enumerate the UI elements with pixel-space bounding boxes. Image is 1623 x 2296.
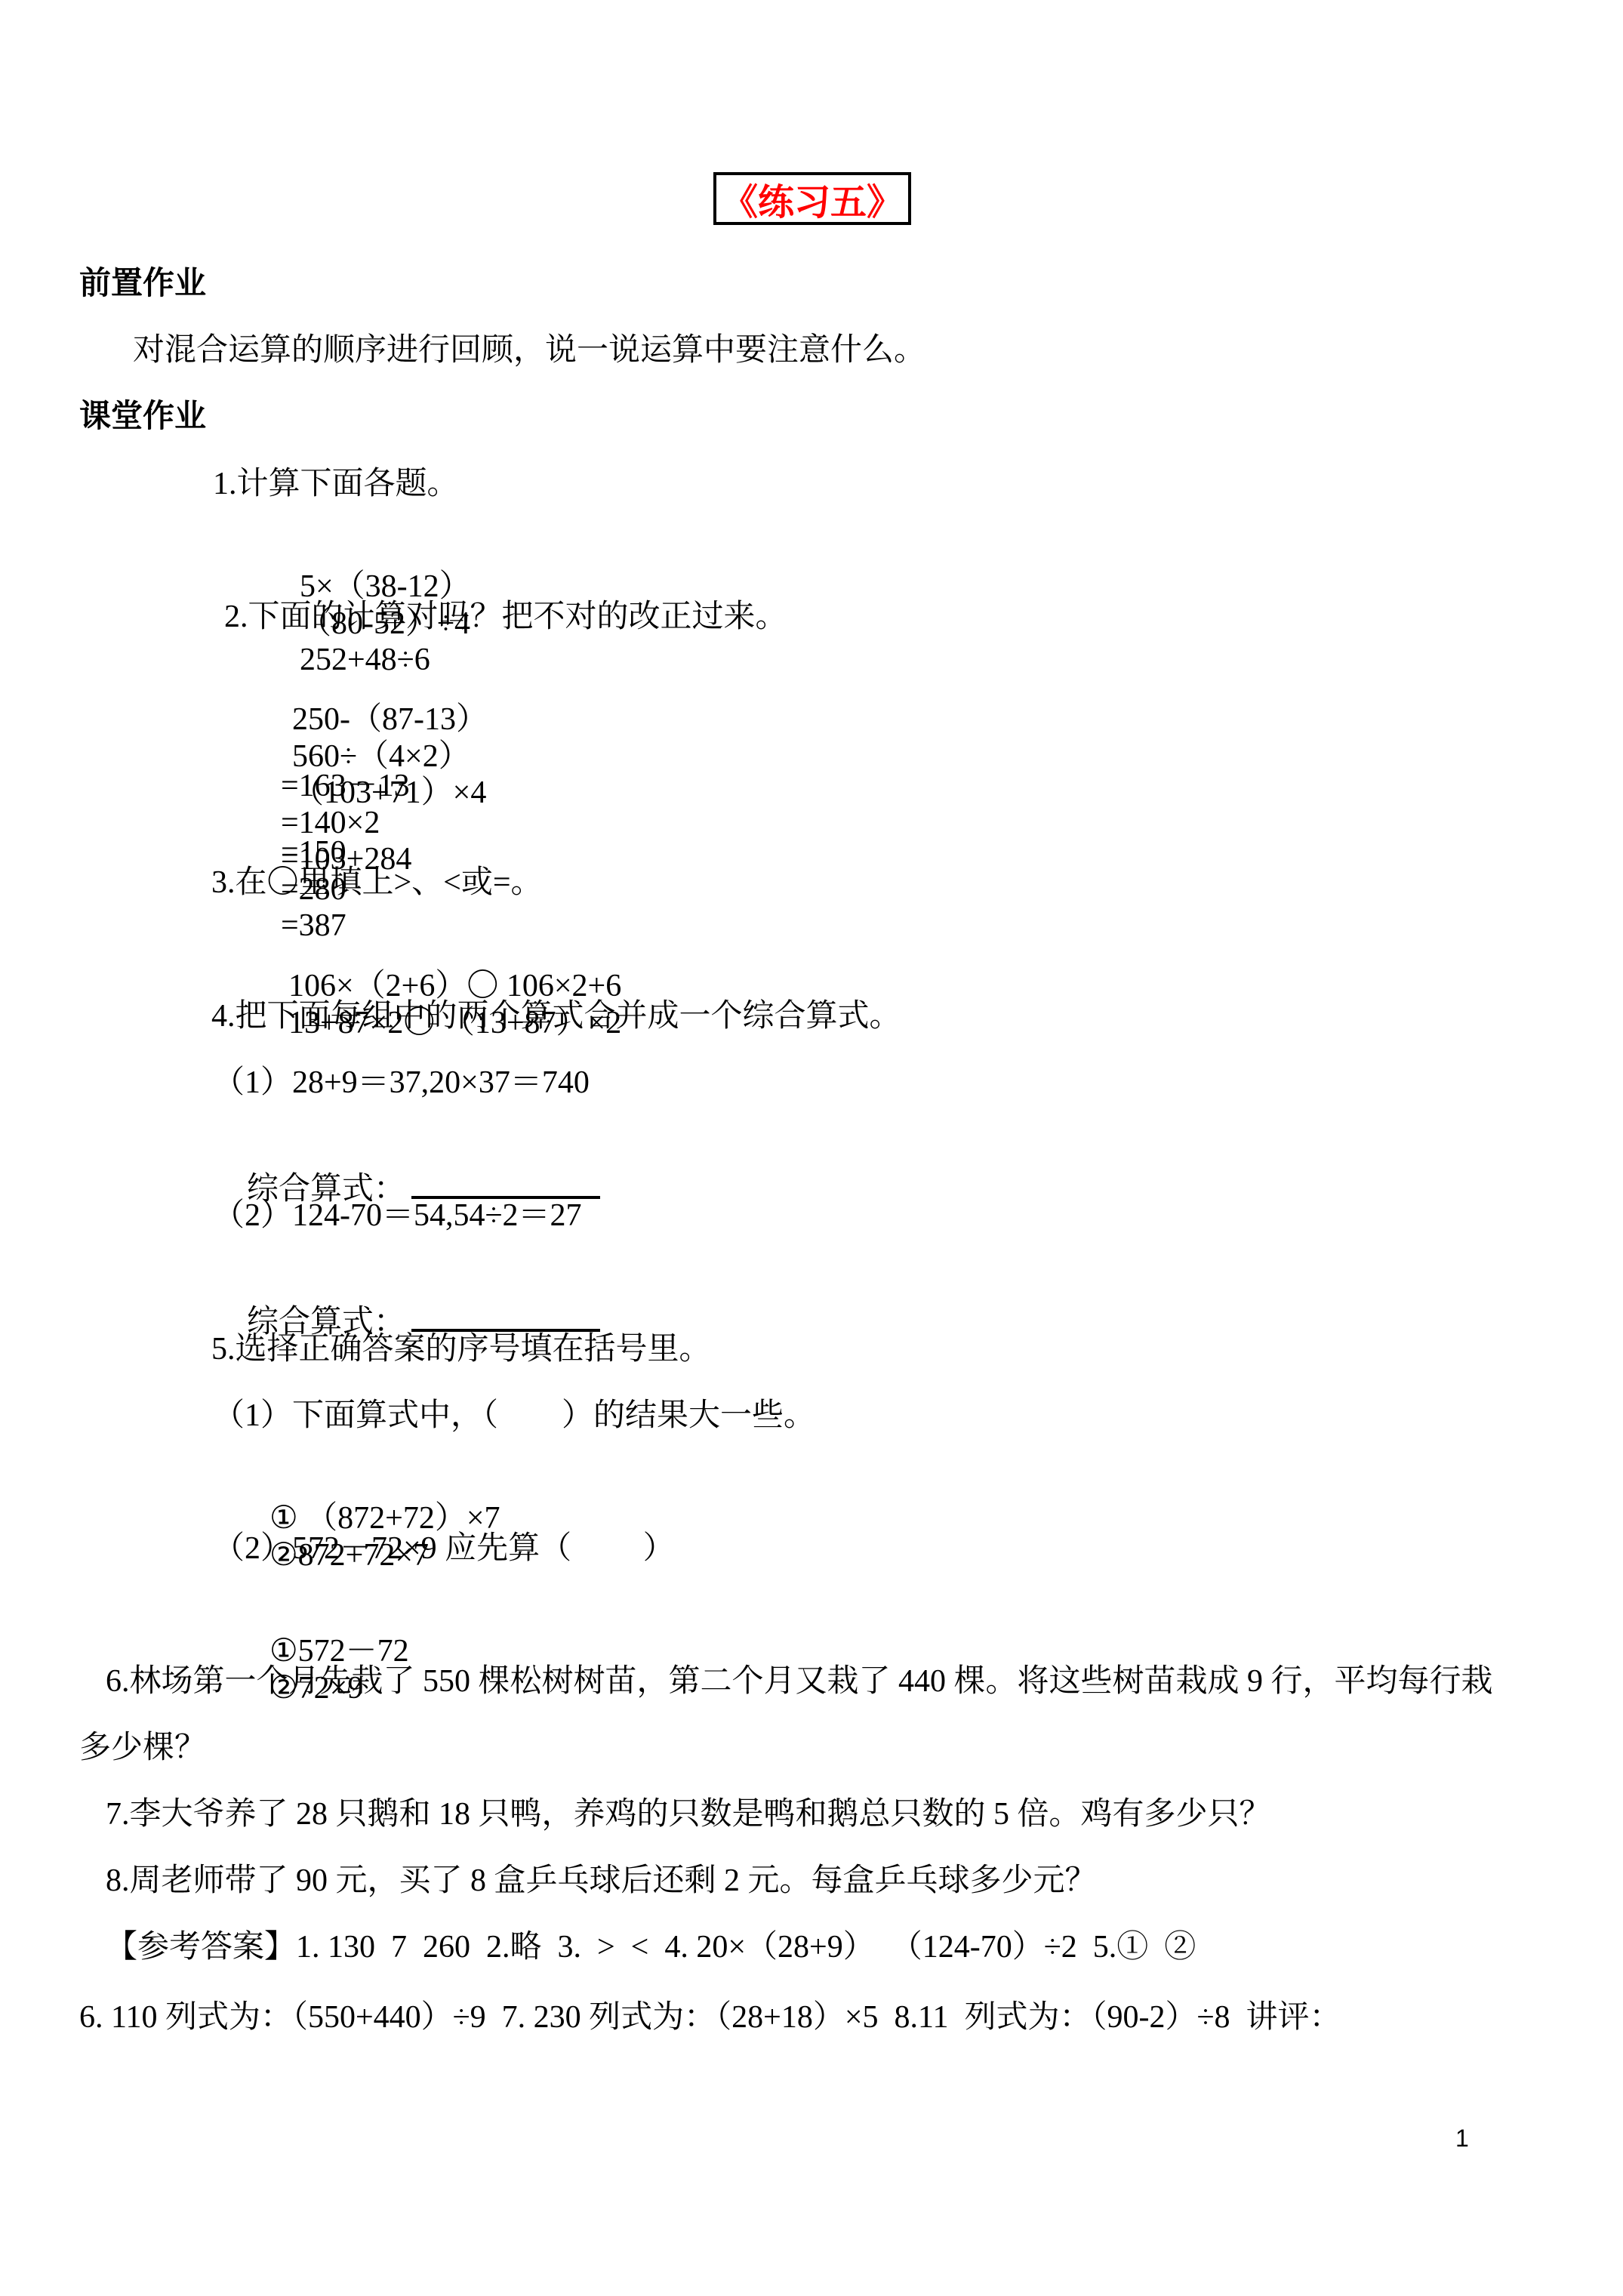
q5-part2: （2）572－72×9 应先算（ ） bbox=[213, 1530, 675, 1567]
reference-answers-line2: 6. 110 列式为：（550+440）÷9 7. 230 列式为：（28+18… bbox=[79, 1999, 1341, 2036]
worksheet-page: 《练习五》 前置作业 对混合运算的顺序进行回顾，说一说运算中要注意什么。 课堂作… bbox=[0, 0, 1623, 2296]
answer-blank bbox=[411, 1167, 600, 1199]
q2-label: 2.下面的计算对吗？把不对的改正过来。 bbox=[224, 599, 787, 635]
q6-text-line2: 多少棵？ bbox=[79, 1730, 206, 1766]
q6-text-line1: 6.林场第一个月先栽了 550 棵松树树苗，第二个月又栽了 440 棵。将这些树… bbox=[106, 1663, 1493, 1700]
q8-text: 8.周老师带了 90 元，买了 8 盒乒乓球后还剩 2 元。每盒乒乓球多少元？ bbox=[106, 1863, 1097, 1899]
q4-label: 4.把下面每组中的两个算式合并成一个综合算式。 bbox=[211, 998, 901, 1034]
q3-label: 3.在〇里填上>、<或=。 bbox=[211, 864, 543, 901]
q4-part1: （1）28+9＝37,20×37＝740 bbox=[213, 1065, 590, 1101]
heading-class-homework: 课堂作业 bbox=[79, 399, 206, 435]
q5-part1: （1）下面算式中，（ ）的结果大一些。 bbox=[213, 1398, 815, 1434]
q4-part2: （2）124-70＝54,54÷2＝27 bbox=[213, 1197, 582, 1234]
title-box: 《练习五》 bbox=[713, 172, 911, 225]
pre-homework-text: 对混合运算的顺序进行回顾，说一说运算中要注意什么。 bbox=[133, 332, 925, 368]
reference-answers-line1: 【参考答案】1. 130 7 260 2.略 3. > < 4. 20×（28+… bbox=[106, 1929, 1196, 1965]
q5-label: 5.选择正确答案的序号填在括号里。 bbox=[211, 1331, 711, 1367]
q7-text: 7.李大爷养了 28 只鹅和 18 只鸭，养鸡的只数是鸭和鹅总只数的 5 倍。鸡… bbox=[106, 1796, 1271, 1832]
page-title: 《练习五》 bbox=[722, 173, 903, 225]
answer-blank bbox=[411, 1300, 600, 1332]
heading-pre-homework: 前置作业 bbox=[79, 266, 206, 302]
q1-label: 1.计算下面各题。 bbox=[213, 466, 459, 502]
page-number: 1 bbox=[1455, 2125, 1469, 2153]
